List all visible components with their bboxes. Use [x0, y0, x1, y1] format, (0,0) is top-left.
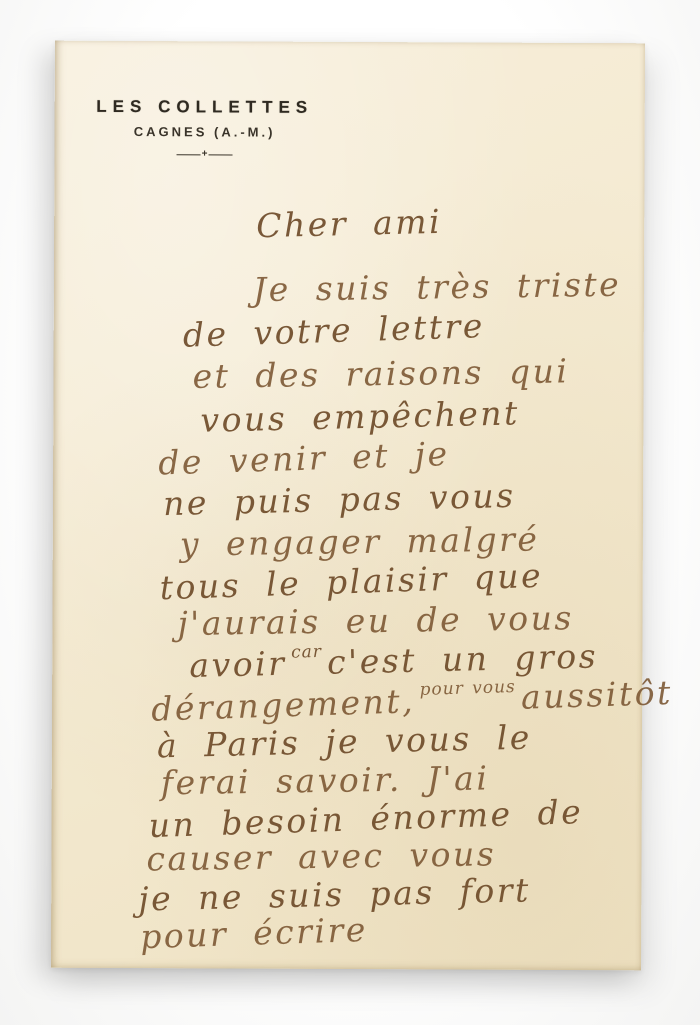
handwritten-line: vous empêchent [200, 396, 520, 437]
handwritten-line: tous le plaisir que [159, 559, 543, 604]
handwritten-line: de votre lettre [182, 309, 485, 352]
handwritten-salutation: Cher ami [256, 205, 443, 242]
handwritten-text: c'est un gros [327, 636, 599, 681]
letter-paper-sheet: LES COLLETTES CAGNES (A.-M.) + Cher ami … [51, 41, 645, 971]
photo-background: LES COLLETTES CAGNES (A.-M.) + Cher ami … [0, 0, 700, 1025]
handwritten-line: ne puis pas vous [163, 479, 516, 520]
handwritten-line: et des raisons qui [192, 354, 569, 393]
handwritten-text: aussitôt [520, 673, 673, 717]
handwritten-line: pour écrire [140, 913, 369, 953]
handwritten-line: à Paris je vous le [157, 721, 533, 763]
handwritten-line: Je suis très triste [253, 268, 622, 306]
handwritten-line: de venir et je [158, 437, 450, 479]
handwritten-line: ferai savoir. J'ai [161, 761, 490, 799]
handwriting-block: Cher ami Je suis très triste de votre le… [51, 41, 645, 971]
handwritten-line-with-insertion: avoircarc'est un gros [189, 639, 598, 682]
inserted-words-above-line: pour vous [419, 679, 516, 699]
handwritten-line: je ne suis pas fort [138, 873, 531, 915]
handwritten-text: avoir [189, 644, 287, 685]
handwritten-line: causer avec vous [146, 837, 496, 875]
handwritten-line: y engager malgré [180, 522, 540, 560]
handwritten-line: un besoin énorme de [148, 795, 583, 842]
handwritten-line: j'aurais eu de vous [177, 601, 574, 640]
inserted-word-above-line: car [291, 644, 322, 662]
